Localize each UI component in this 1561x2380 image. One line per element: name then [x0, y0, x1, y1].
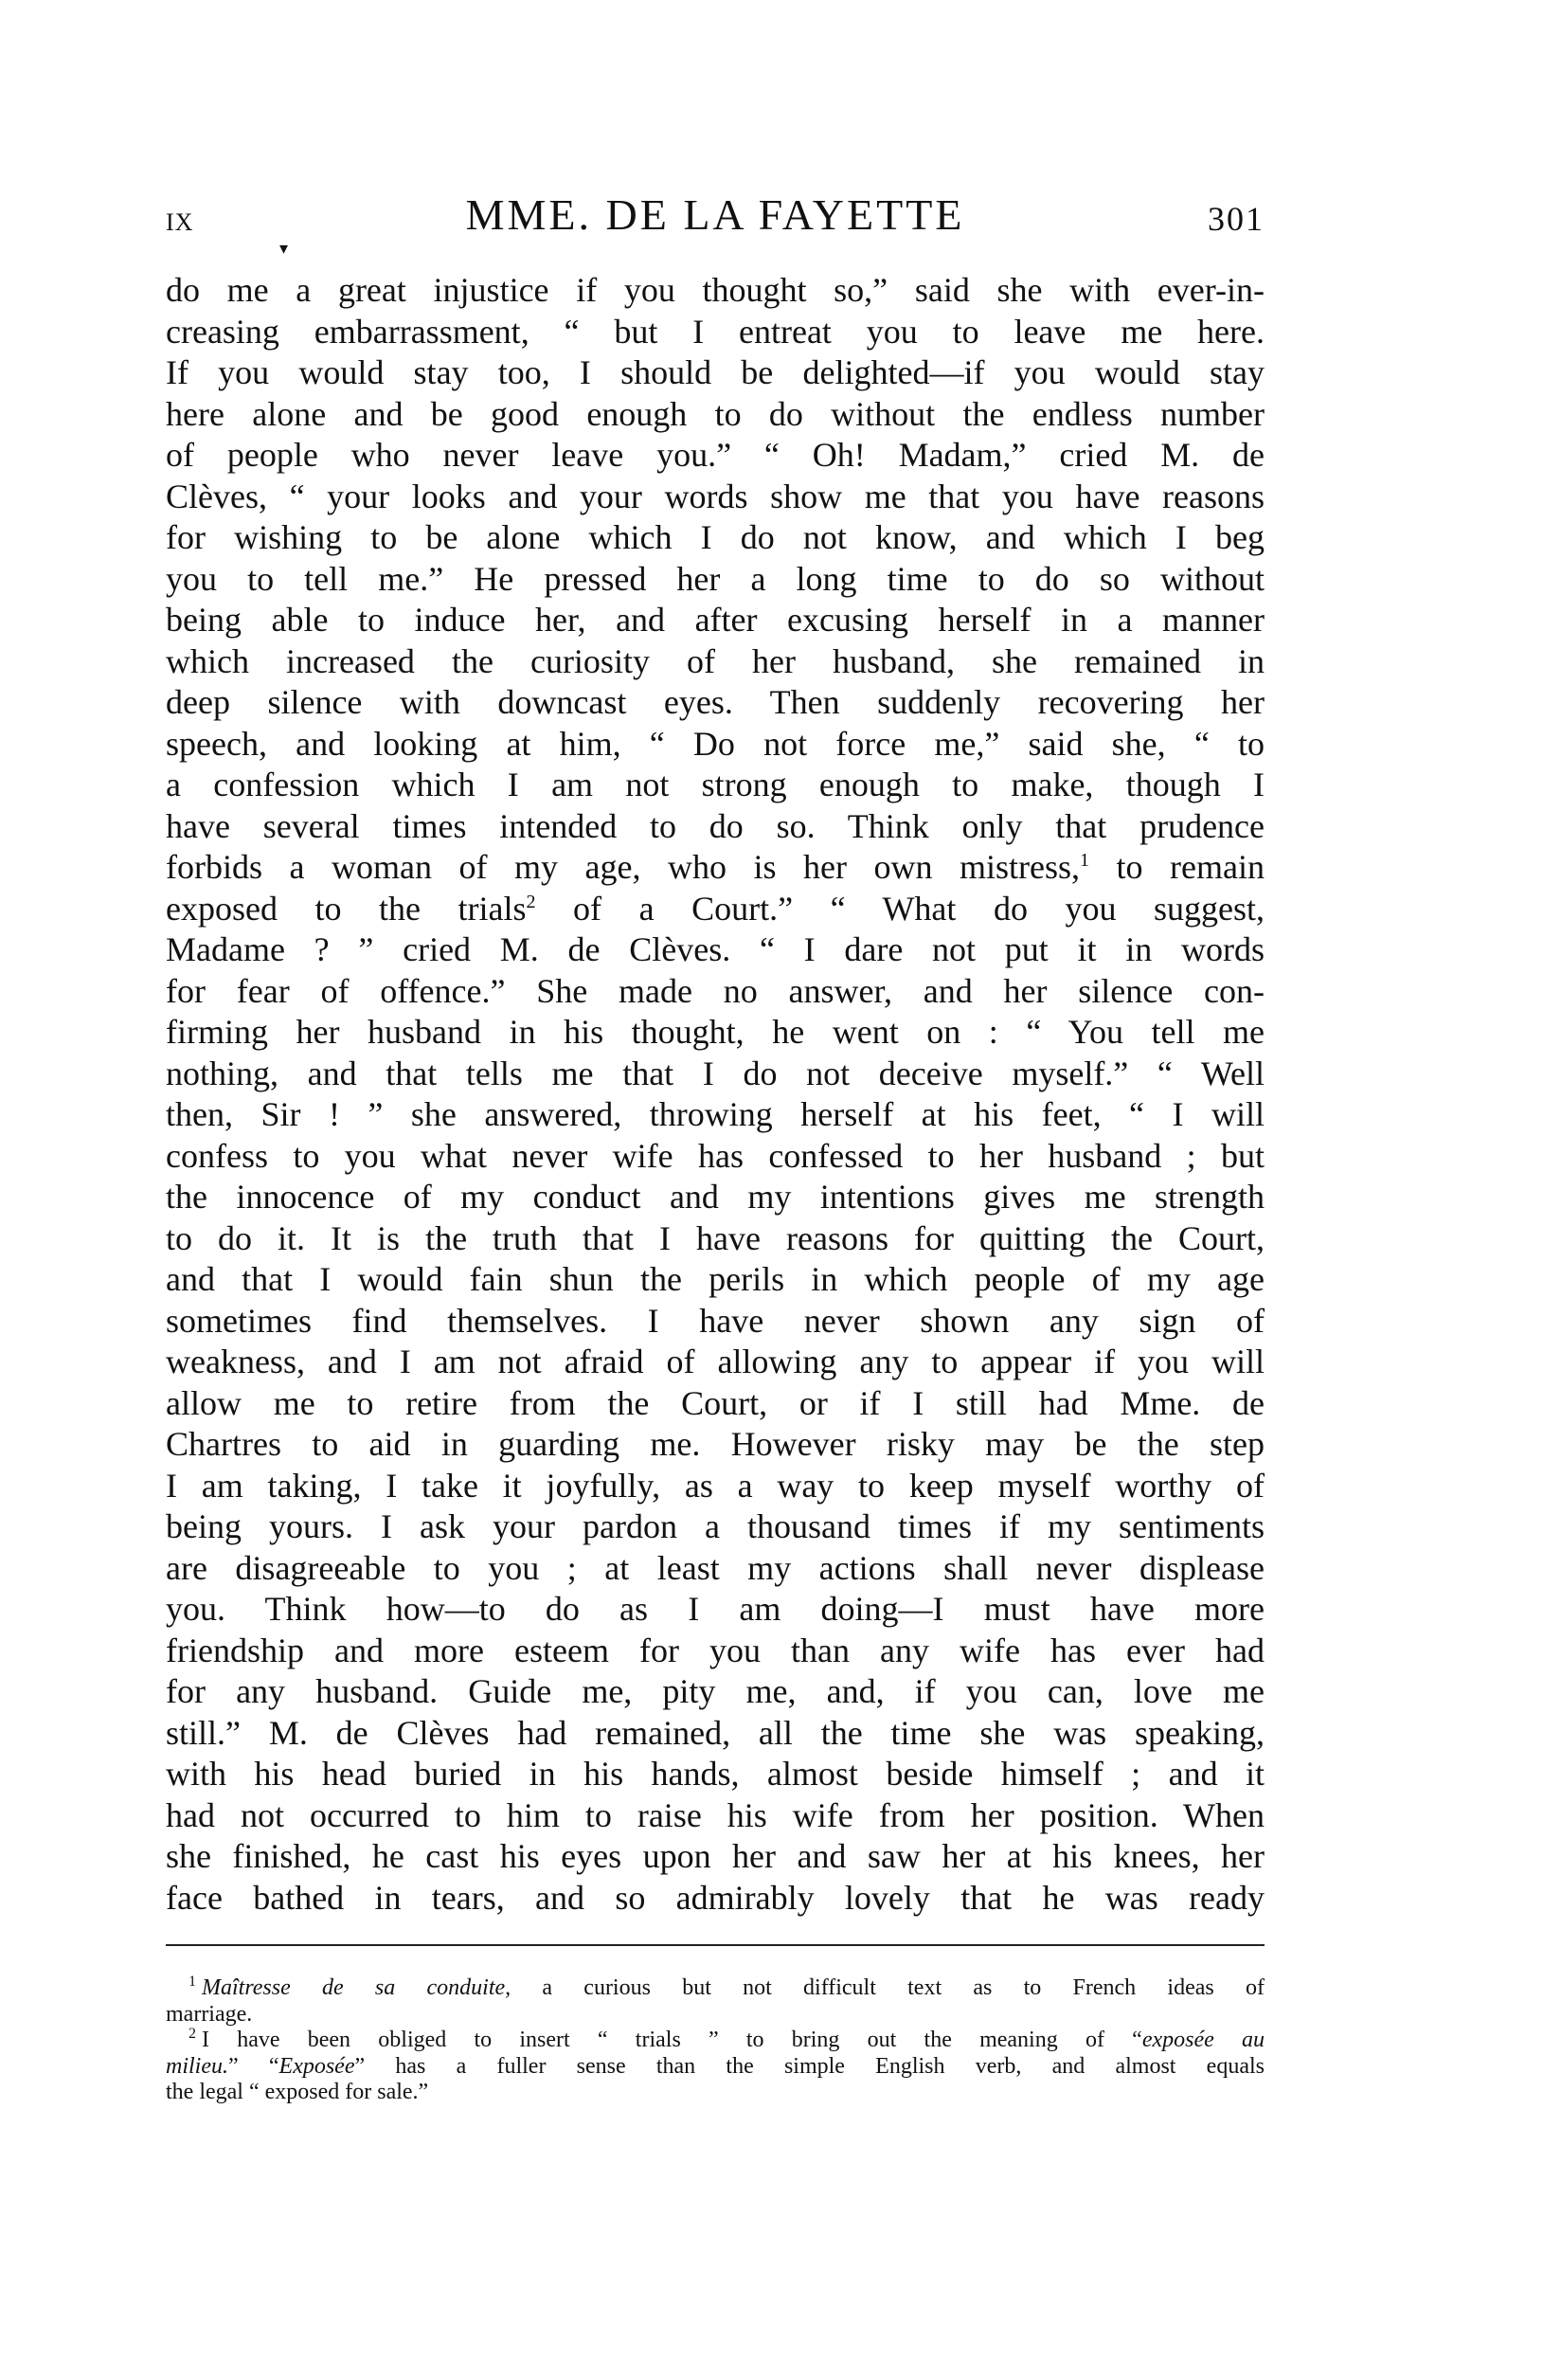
- print-speck: ▾: [279, 239, 288, 259]
- text-line: deep silence with downcast eyes. Then su…: [166, 682, 1265, 724]
- text-line: to do it. It is the truth that I have re…: [166, 1218, 1265, 1260]
- text-line: a confession which I am not strong enoug…: [166, 765, 1265, 806]
- text-line: confess to you what never wife has confe…: [166, 1136, 1265, 1178]
- text-line-with-footnote-2: exposed to the trials2 of a Court.” “ Wh…: [166, 889, 1265, 930]
- page-number: 301: [1208, 199, 1265, 239]
- text-line: nothing, and that tells me that I do not…: [166, 1054, 1265, 1095]
- text-line: firming her husband in his thought, he w…: [166, 1012, 1265, 1054]
- footnote-2: 2I have been obliged to insert “ trials …: [166, 2028, 1265, 2054]
- text-line: If you would stay too, I should be delig…: [166, 352, 1265, 394]
- text-line: face bathed in tears, and so admirably l…: [166, 1878, 1265, 1920]
- text-line: had not occurred to him to raise his wif…: [166, 1795, 1265, 1837]
- footnote-1: 1Maîtresse de sa conduite, a curious but…: [166, 1975, 1265, 2002]
- text-line: do me a great injustice if you thought s…: [166, 270, 1265, 312]
- text-line: you to tell me.” He pressed her a long t…: [166, 559, 1265, 601]
- text-line: allow me to retire from the Court, or if…: [166, 1383, 1265, 1425]
- text-line: with his head buried in his hands, almos…: [166, 1754, 1265, 1795]
- footnote-ref-1[interactable]: 1: [1080, 850, 1089, 871]
- running-head: IX MME. DE LA FAYETTE 301: [166, 189, 1265, 246]
- text-line: and that I would fain shun the perils in…: [166, 1259, 1265, 1301]
- running-title: MME. DE LA FAYETTE: [166, 189, 1265, 240]
- text-line: for any husband. Guide me, pity me, and,…: [166, 1671, 1265, 1713]
- footnote-2-cont: milieu.” “Exposée” has a fuller sense th…: [166, 2054, 1265, 2081]
- text-line: Clèves, “ your looks and your words show…: [166, 477, 1265, 518]
- text-line: I am taking, I take it joyfully, as a wa…: [166, 1466, 1265, 1507]
- text-line: which increased the curiosity of her hus…: [166, 641, 1265, 683]
- footnote-1-cont: marriage.: [166, 2002, 1265, 2028]
- text-line: Chartres to aid in guarding me. However …: [166, 1424, 1265, 1466]
- text-line: being yours. I ask your pardon a thousan…: [166, 1506, 1265, 1548]
- footnote-2-number: 2: [188, 2026, 196, 2042]
- text-line: you. Think how—to do as I am doing—I mus…: [166, 1589, 1265, 1631]
- text-line: still.” M. de Clèves had remained, all t…: [166, 1713, 1265, 1755]
- text-line: are disagreeable to you ; at least my ac…: [166, 1548, 1265, 1590]
- text-line: the innocence of my conduct and my inten…: [166, 1177, 1265, 1218]
- footnote-separator-rule: [166, 1944, 1265, 1946]
- text-line: here alone and be good enough to do with…: [166, 394, 1265, 436]
- text-line-with-footnote-1: forbids a woman of my age, who is her ow…: [166, 847, 1265, 889]
- text-line: of people who never leave you.” “ Oh! Ma…: [166, 435, 1265, 477]
- text-line: friendship and more esteem for you than …: [166, 1631, 1265, 1672]
- text-line: speech, and looking at him, “ Do not for…: [166, 724, 1265, 766]
- footnotes: 1Maîtresse de sa conduite, a curious but…: [166, 1975, 1265, 2106]
- footnote-2-end: the legal “ exposed for sale.”: [166, 2080, 1265, 2106]
- text-line: for fear of offence.” She made no answer…: [166, 971, 1265, 1013]
- text-line: then, Sir ! ” she answered, throwing her…: [166, 1094, 1265, 1136]
- footnote-1-number: 1: [188, 1974, 196, 1990]
- text-line: Madame ? ” cried M. de Clèves. “ I dare …: [166, 929, 1265, 971]
- text-line: creasing embarrassment, “ but I entreat …: [166, 312, 1265, 353]
- body-text: do me a great injustice if you thought s…: [166, 270, 1265, 1919]
- text-line: for wishing to be alone which I do not k…: [166, 517, 1265, 559]
- text-line: weakness, and I am not afraid of allowin…: [166, 1342, 1265, 1383]
- text-line: being able to induce her, and after excu…: [166, 600, 1265, 641]
- text-line: sometimes find themselves. I have never …: [166, 1301, 1265, 1343]
- footnote-ref-2[interactable]: 2: [527, 892, 536, 912]
- text-line: have several times intended to do so. Th…: [166, 806, 1265, 848]
- text-line: she finished, he cast his eyes upon her …: [166, 1836, 1265, 1878]
